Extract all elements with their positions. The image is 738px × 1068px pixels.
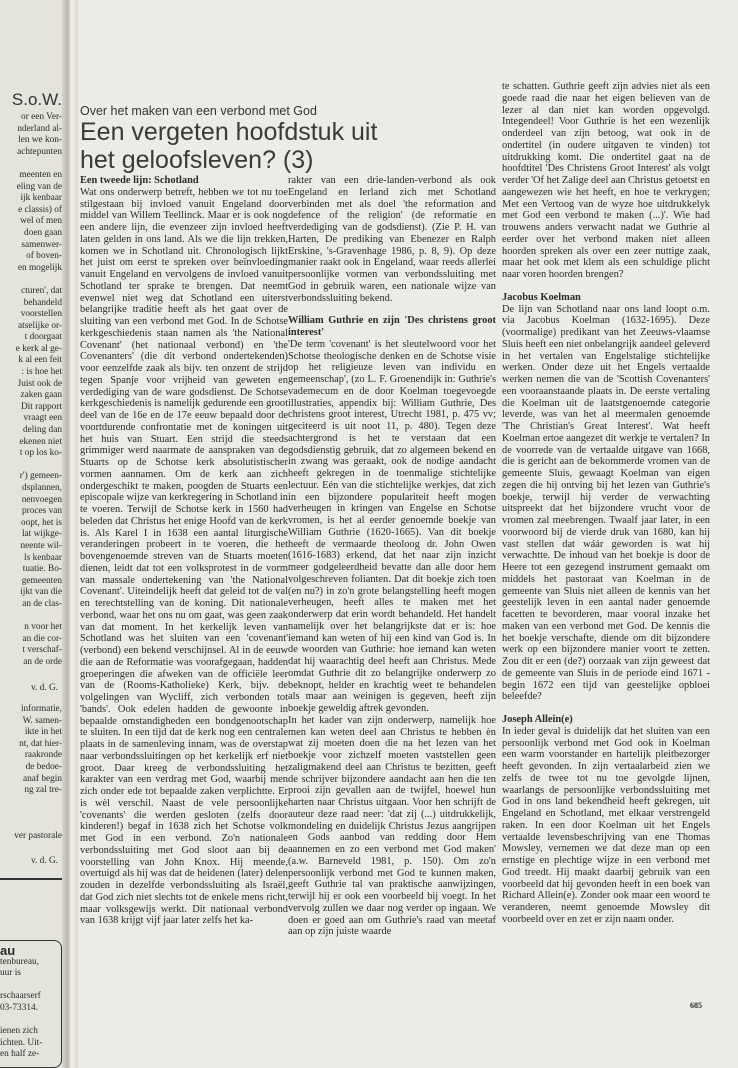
text-fragment: ekenen niet [0, 437, 62, 449]
text-fragment: eling van de [0, 182, 62, 194]
page-number: 685 [690, 1001, 702, 1010]
text-fragment: dsplannen, [0, 483, 62, 495]
text-fragment: vraagt een [0, 413, 62, 425]
book-gutter [62, 0, 78, 1068]
text-fragment: atselijke or- [0, 321, 62, 333]
article-kicker: Over het maken van een verbond met God [80, 104, 317, 118]
text-fragment: doen gaan [0, 228, 62, 240]
text-fragment: r') gemeen- [0, 471, 62, 483]
text-fragment: cturen', dat [0, 286, 62, 298]
text-fragment: wel of men [0, 216, 62, 228]
section-heading: Jacobus Koelman [502, 292, 710, 304]
text-fragment: samenwer- [0, 240, 62, 252]
text-fragment: e classis) of [0, 205, 62, 217]
left-page-text: or een Ver-nderland al-len we kon-achtep… [0, 112, 62, 669]
text-fragment: : is hoe het [0, 367, 62, 379]
text-fragment: n voor het [0, 622, 62, 634]
left-signature-2: v. d. G. [0, 856, 58, 868]
text-fragment: an de clas- [0, 599, 62, 611]
text-fragment [0, 158, 62, 170]
text-fragment [0, 460, 62, 472]
left-info-box: au tenbureau,uur is rschaarserf03-73314.… [0, 940, 62, 1068]
left-box-heading: au [0, 945, 57, 957]
article-column-1: Een tweede lijn: SchotlandWat ons onderw… [80, 175, 288, 927]
text-fragment: ng zal tre- [0, 785, 62, 797]
text-fragment: nenvoegen [0, 495, 62, 507]
paragraph: 'De term 'covenant' is het sleutelwoord … [288, 339, 496, 715]
text-fragment: ichten. Uit- [0, 1038, 57, 1050]
paragraph: rakter van een drie-landen-verbond als o… [288, 175, 496, 304]
text-fragment: ijkt van die [0, 587, 62, 599]
section-heading: Joseph Allein(e) [502, 714, 710, 726]
text-fragment: Dit rapport [0, 402, 62, 414]
text-fragment: or een Ver- [0, 112, 62, 124]
left-box-text: tenbureau,uur is rschaarserf03-73314. ie… [0, 957, 57, 1061]
article-column-2: rakter van een drie-landen-verbond als o… [288, 175, 496, 938]
text-fragment: tuatie. Bo- [0, 564, 62, 576]
text-fragment: raakronde [0, 750, 62, 762]
paragraph: De lijn van Schotland naar ons land loop… [502, 304, 710, 704]
text-fragment: zaken gaan [0, 390, 62, 402]
paragraph: In ieder geval is duidelijk dat het slui… [502, 726, 710, 926]
text-fragment: en mogelijk [0, 263, 62, 275]
text-fragment [0, 980, 57, 992]
section-heading: Een tweede lijn: Schotland [80, 175, 288, 187]
text-fragment: ijk kenbaar [0, 193, 62, 205]
text-fragment: anaf begin [0, 774, 62, 786]
paragraph: In het kader van zijn onderwerp, namelij… [288, 715, 496, 938]
section-gap [502, 703, 710, 714]
text-fragment: ikte in het [0, 727, 62, 739]
text-fragment: meenten en [0, 170, 62, 182]
title-line-2: het geloofsleven? (3) [80, 146, 313, 174]
paragraph: te schatten. Guthrie geeft zijn advies n… [502, 81, 710, 281]
text-fragment: of boven- [0, 251, 62, 263]
text-fragment: oopt, het is [0, 518, 62, 530]
text-fragment: gemeenten [0, 576, 62, 588]
text-fragment: t doorgaat [0, 332, 62, 344]
text-fragment: tenbureau, [0, 957, 57, 969]
article-title: Een vergeten hoofdstuk uit het geloofsle… [80, 118, 377, 174]
text-fragment: t verschaf- [0, 645, 62, 657]
text-fragment: uur is [0, 968, 57, 980]
text-fragment: k al een feit [0, 355, 62, 367]
left-signature-1: v. d. G. [0, 683, 58, 695]
text-fragment [0, 611, 62, 623]
text-fragment: ls kenbaar [0, 553, 62, 565]
text-fragment: 03-73314. [0, 1003, 57, 1015]
left-page-text-2: informatie,W. samen-ikte in hetnt, dat h… [0, 704, 62, 797]
divider [0, 878, 62, 880]
text-fragment: Juist ook de [0, 379, 62, 391]
text-fragment: an die cor- [0, 634, 62, 646]
text-fragment [0, 274, 62, 286]
text-fragment [0, 1015, 57, 1027]
text-fragment: en half ze- [0, 1049, 57, 1061]
text-fragment: de bedoe- [0, 762, 62, 774]
text-fragment: len we kon- [0, 135, 62, 147]
section-heading: William Guthrie en zijn 'Des christens g… [288, 315, 496, 339]
text-fragment: nt, dat hier- [0, 739, 62, 751]
text-fragment: nderland al- [0, 124, 62, 136]
text-fragment: deling dan [0, 425, 62, 437]
text-fragment: achtepunten [0, 147, 62, 159]
left-page-column: S.o.W. or een Ver-nderland al-len we kon… [0, 90, 62, 1068]
text-fragment: proces van [0, 506, 62, 518]
section-gap [502, 281, 710, 292]
text-fragment: informatie, [0, 704, 62, 716]
text-fragment: W. samen- [0, 716, 62, 728]
section-gap [288, 304, 496, 315]
paragraph: Wat ons onderwerp betreft, hebben we tot… [80, 187, 288, 927]
text-fragment: behandeld [0, 298, 62, 310]
text-fragment: e kerk al ge- [0, 344, 62, 356]
left-page-heading: S.o.W. [0, 90, 62, 110]
text-fragment: rschaarserf [0, 991, 57, 1003]
text-fragment: t op los ko- [0, 448, 62, 460]
spacer [0, 797, 62, 831]
text-fragment: lat wijkge- [0, 529, 62, 541]
text-fragment: neente wil- [0, 541, 62, 553]
article-column-3: te schatten. Guthrie geeft zijn advies n… [502, 81, 710, 926]
title-line-1: Een vergeten hoofdstuk uit [80, 118, 377, 146]
text-fragment: ienen zich [0, 1026, 57, 1038]
left-pastoral-fragment: ver pastorale [0, 831, 62, 843]
text-fragment: an de orde [0, 657, 62, 669]
text-fragment: voorstellen [0, 309, 62, 321]
